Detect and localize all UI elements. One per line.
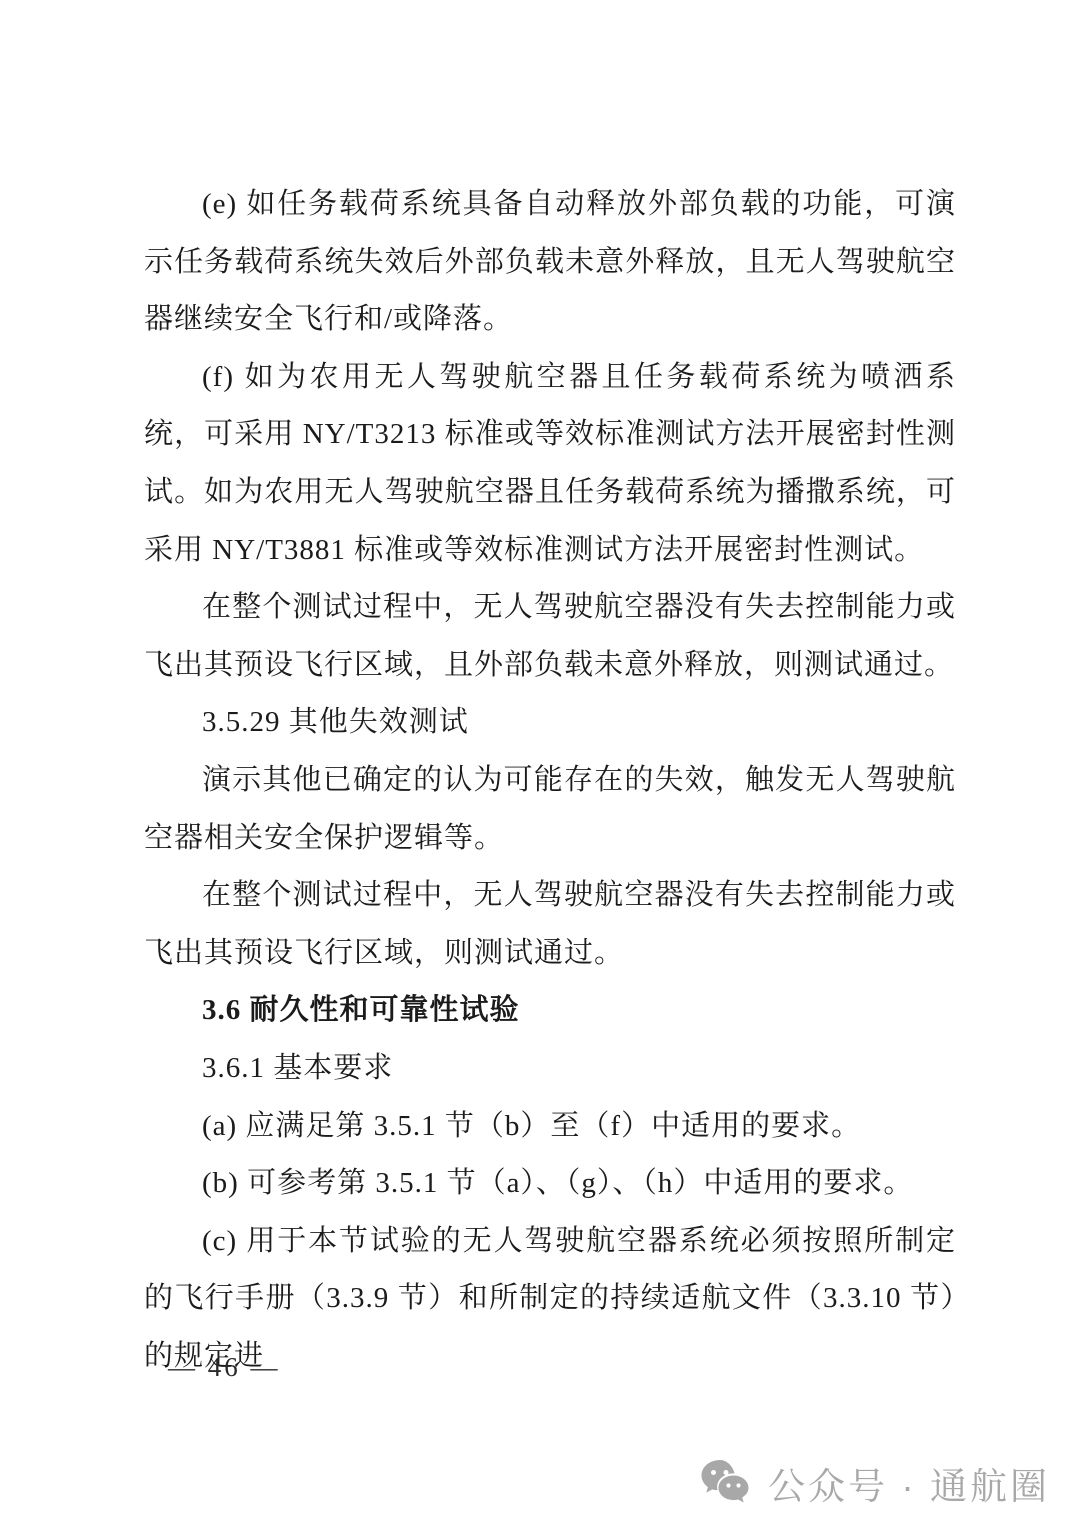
paragraph-list: (e) 如任务载荷系统具备自动释放外部负载的功能，可演示任务载荷系统失效后外部负… [144, 176, 956, 1385]
document-page: (e) 如任务载荷系统具备自动释放外部负载的功能，可演示任务载荷系统失效后外部负… [0, 0, 1080, 1526]
paragraph: 3.5.29 其他失效测试 [144, 694, 956, 752]
watermark-label: 公众号 · 通航圈 [768, 1456, 1050, 1510]
paragraph: (f) 如为农用无人驾驶航空器且任务载荷系统为喷洒系统，可采用 NY/T3213… [144, 349, 956, 579]
paragraph: (b) 可参考第 3.5.1 节（a）、（g）、（h）中适用的要求。 [144, 1155, 956, 1213]
wechat-icon [700, 1459, 754, 1507]
page-number: — 46 — [168, 1352, 281, 1383]
paragraph: 演示其他已确定的认为可能存在的失效，触发无人驾驶航空器相关安全保护逻辑等。 [144, 752, 956, 867]
section-heading: 3.6 耐久性和可靠性试验 [144, 982, 956, 1040]
document-body: (e) 如任务载荷系统具备自动释放外部负载的功能，可演示任务载荷系统失效后外部负… [144, 176, 956, 1385]
paragraph: 在整个测试过程中，无人驾驶航空器没有失去控制能力或飞出其预设飞行区域，且外部负载… [144, 579, 956, 694]
paragraph: (e) 如任务载荷系统具备自动释放外部负载的功能，可演示任务载荷系统失效后外部负… [144, 176, 956, 349]
watermark: 公众号 · 通航圈 [700, 1456, 1050, 1510]
paragraph: (a) 应满足第 3.5.1 节（b）至（f）中适用的要求。 [144, 1098, 956, 1156]
paragraph: 3.6.1 基本要求 [144, 1040, 956, 1098]
paragraph: 在整个测试过程中，无人驾驶航空器没有失去控制能力或飞出其预设飞行区域，则测试通过… [144, 867, 956, 982]
